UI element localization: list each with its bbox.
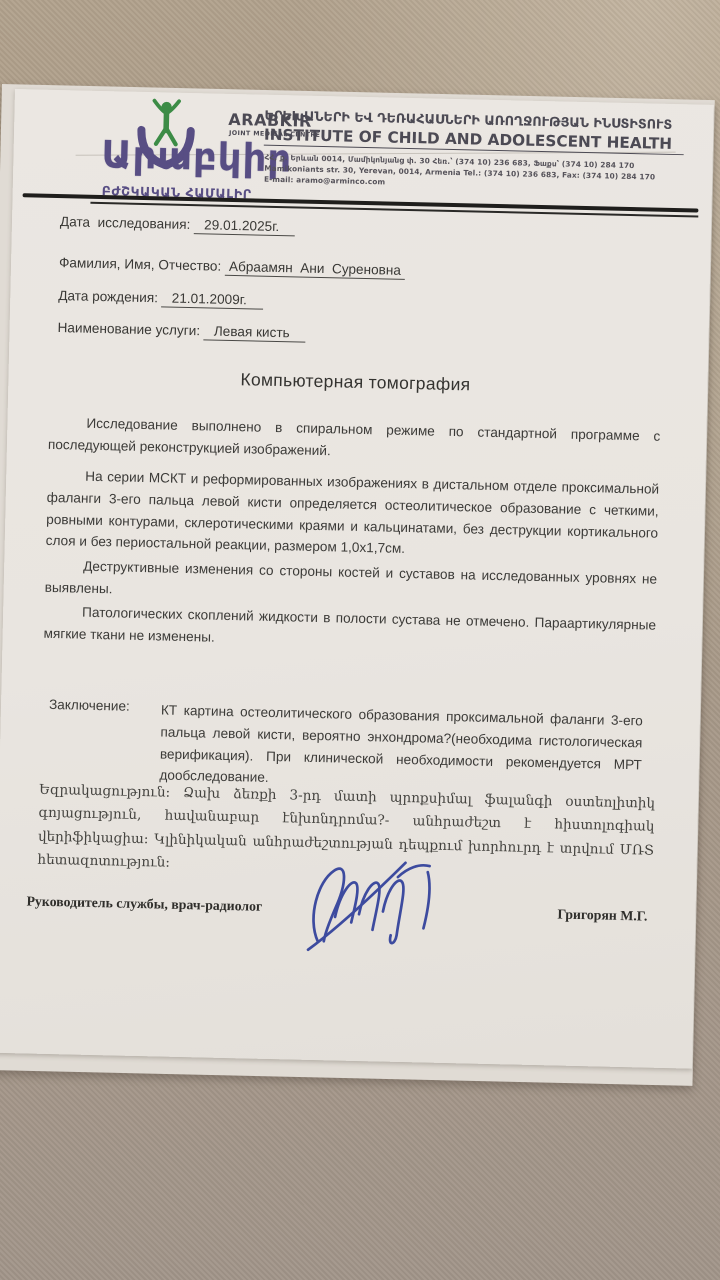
field-birth-date-value: 21.01.2009г. <box>162 290 263 309</box>
report-paper: Արաբկիր ԲԺՇԿԱԿԱՆ ՀԱՄԱԼԻՐ ARABKIR JOINT M… <box>0 89 714 1069</box>
field-service-value: Левая кисть <box>204 323 306 342</box>
field-study-date-label: Дата исследования: <box>60 214 191 232</box>
signer-name: Григорян М.Г. <box>557 907 647 925</box>
conclusion-label: Заключение: <box>49 697 130 714</box>
report-paragraph-1: Исследование выполнено в спиральном режи… <box>48 412 661 469</box>
field-service: Наименование услуги: Левая кисть <box>57 320 305 341</box>
field-birth-date: Дата рождения: 21.01.2009г. <box>58 288 263 308</box>
field-full-name-value: Абраамян Ани Суреновна <box>225 259 405 280</box>
report-paragraph-2: На серии МСКТ и реформированных изображе… <box>46 465 660 566</box>
handwritten-signature <box>293 847 471 957</box>
photo-background: { "header": { "brand_en": "ARABKIR", "br… <box>0 0 720 1280</box>
field-service-label: Наименование услуги: <box>57 320 200 338</box>
field-full-name: Фамилия, Имя, Отчество: Абраамян Ани Сур… <box>59 255 405 278</box>
field-birth-date-label: Дата рождения: <box>58 288 158 305</box>
report-title: Компьютерная томография <box>49 365 661 400</box>
field-full-name-label: Фамилия, Имя, Отчество: <box>59 255 221 274</box>
signer-role: Руководитель службы, врач-радиолог <box>26 893 262 914</box>
field-study-date: Дата исследования: 29.01.2025г. <box>60 214 296 234</box>
field-study-date-value: 29.01.2025г. <box>194 217 295 236</box>
